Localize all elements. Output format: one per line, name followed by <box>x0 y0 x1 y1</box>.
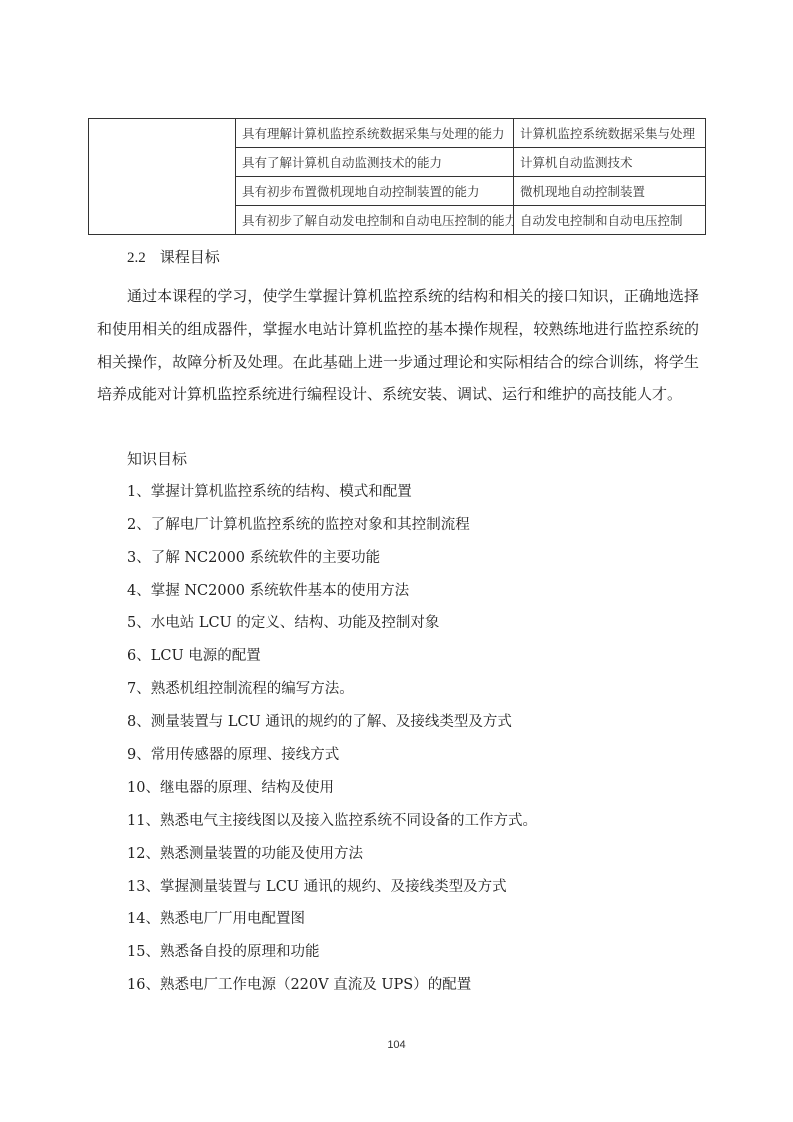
list-item: 4、掌握 NC2000 系统软件基本的使用方法 <box>127 575 537 608</box>
list-item: 15、熟悉备自投的原理和功能 <box>127 936 537 969</box>
list-item: 13、掌握测量装置与 LCU 通讯的规约、及接线类型及方式 <box>127 871 537 904</box>
table-cell-ability: 具有理解计算机监控系统数据采集与处理的能力 <box>236 119 514 148</box>
table-row: 具有理解计算机监控系统数据采集与处理的能力 计算机监控系统数据采集与处理 <box>89 119 706 148</box>
table-cell-ability: 具有初步布置微机现地自动控制装置的能力 <box>236 177 514 206</box>
list-item: 10、继电器的原理、结构及使用 <box>127 772 537 805</box>
list-item: 9、常用传感器的原理、接线方式 <box>127 739 537 772</box>
document-page: 具有理解计算机监控系统数据采集与处理的能力 计算机监控系统数据采集与处理 具有了… <box>0 0 793 1122</box>
table-cell-ability: 具有了解计算机自动监测技术的能力 <box>236 148 514 177</box>
table-cell-content: 计算机自动监测技术 <box>514 148 706 177</box>
list-item: 6、LCU 电源的配置 <box>127 640 537 673</box>
page-number: 104 <box>0 1039 793 1051</box>
section-heading: 2.2课程目标 <box>127 247 220 268</box>
list-item: 14、熟悉电厂厂用电配置图 <box>127 903 537 936</box>
list-item: 3、了解 NC2000 系统软件的主要功能 <box>127 542 537 575</box>
section-title: 课程目标 <box>160 248 220 266</box>
list-item: 2、了解电厂计算机监控系统的监控对象和其控制流程 <box>127 509 537 542</box>
table-cell-content: 自动发电控制和自动电压控制 <box>514 206 706 235</box>
list-item: 16、熟悉电厂工作电源（220V 直流及 UPS）的配置 <box>127 969 537 1002</box>
table-merged-cell <box>89 119 236 235</box>
ability-content-table: 具有理解计算机监控系统数据采集与处理的能力 计算机监控系统数据采集与处理 具有了… <box>88 118 706 235</box>
list-item: 7、熟悉机组控制流程的编写方法。 <box>127 673 537 706</box>
list-item: 12、熟悉测量装置的功能及使用方法 <box>127 838 537 871</box>
course-goal-paragraph: 通过本课程的学习，使学生掌握计算机监控系统的结构和相关的接口知识，正确地选择和使… <box>97 280 699 411</box>
list-item: 5、水电站 LCU 的定义、结构、功能及控制对象 <box>127 607 537 640</box>
knowledge-goals-list: 知识目标 1、掌握计算机监控系统的结构、模式和配置 2、了解电厂计算机监控系统的… <box>127 443 537 1002</box>
list-item: 1、掌握计算机监控系统的结构、模式和配置 <box>127 476 537 509</box>
table-cell-ability: 具有初步了解自动发电控制和自动电压控制的能力 <box>236 206 514 235</box>
table-cell-content: 计算机监控系统数据采集与处理 <box>514 119 706 148</box>
list-item: 11、熟悉电气主接线图以及接入监控系统不同设备的工作方式。 <box>127 805 537 838</box>
list-item: 8、测量装置与 LCU 通讯的规约的了解、及接线类型及方式 <box>127 706 537 739</box>
table-cell-content: 微机现地自动控制装置 <box>514 177 706 206</box>
knowledge-goals-subheading: 知识目标 <box>127 443 537 476</box>
section-number: 2.2 <box>127 250 146 266</box>
